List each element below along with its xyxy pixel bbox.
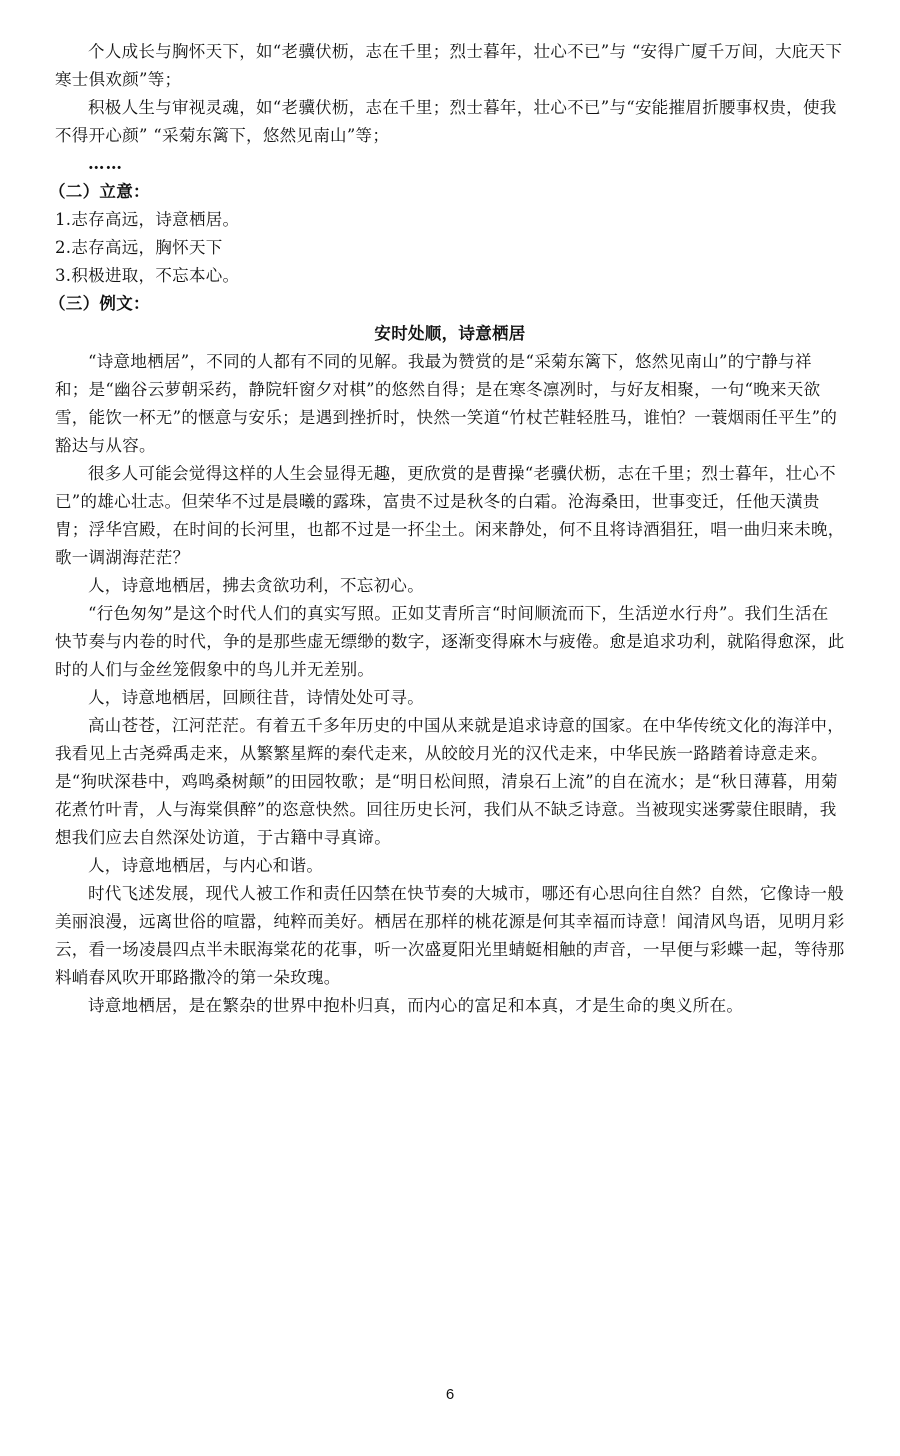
essay-paragraph: 人，诗意地栖居，回顾往昔，诗情处处可寻。: [55, 684, 845, 712]
essay-paragraph: “诗意地栖居”，不同的人都有不同的见解。我最为赞赏的是“采菊东篱下，悠然见南山”…: [55, 348, 845, 460]
essay-paragraph: 人，诗意地栖居，与内心和谐。: [55, 852, 845, 880]
essay-paragraph: 时代飞述发展，现代人被工作和责任囚禁在快节奏的大城市，哪还有心思向往自然？自然，…: [55, 880, 845, 992]
section-heading-sample: （三）例文：: [49, 290, 845, 318]
theme-item: 1.志存高远，诗意栖居。: [55, 206, 845, 234]
document-page: 个人成长与胸怀天下，如“老骥伏枥，志在千里；烈士暮年，壮心不已”与 “安得广厦千…: [55, 38, 845, 1020]
example-paragraph: 个人成长与胸怀天下，如“老骥伏枥，志在千里；烈士暮年，壮心不已”与 “安得广厦千…: [55, 38, 845, 94]
theme-item: 3.积极进取，不忘本心。: [55, 262, 845, 290]
essay-paragraph: 诗意地栖居，是在繁杂的世界中抱朴归真，而内心的富足和本真，才是生命的奥义所在。: [55, 992, 845, 1020]
page-number: 6: [0, 1386, 900, 1403]
essay-title: 安时处顺，诗意栖居: [55, 320, 845, 348]
essay-paragraph: 高山苍苍，江河茫茫。有着五千多年历史的中国从来就是追求诗意的国家。在中华传统文化…: [55, 712, 845, 852]
essay-paragraph: 很多人可能会觉得这样的人生会显得无趣，更欣赏的是曹操“老骥伏枥，志在千里；烈士暮…: [55, 460, 845, 572]
essay-paragraph: “行色匆匆”是这个时代人们的真实写照。正如艾青所言“时间顺流而下，生活逆水行舟”…: [55, 600, 845, 684]
essay-paragraph: 人，诗意地栖居，拂去贪欲功利，不忘初心。: [55, 572, 845, 600]
example-paragraph: 积极人生与审视灵魂，如“老骥伏枥，志在千里；烈士暮年，壮心不已”与“安能摧眉折腰…: [55, 94, 845, 150]
ellipsis: ……: [55, 150, 845, 178]
theme-item: 2.志存高远，胸怀天下: [55, 234, 845, 262]
section-heading-theme: （二）立意：: [49, 178, 845, 206]
